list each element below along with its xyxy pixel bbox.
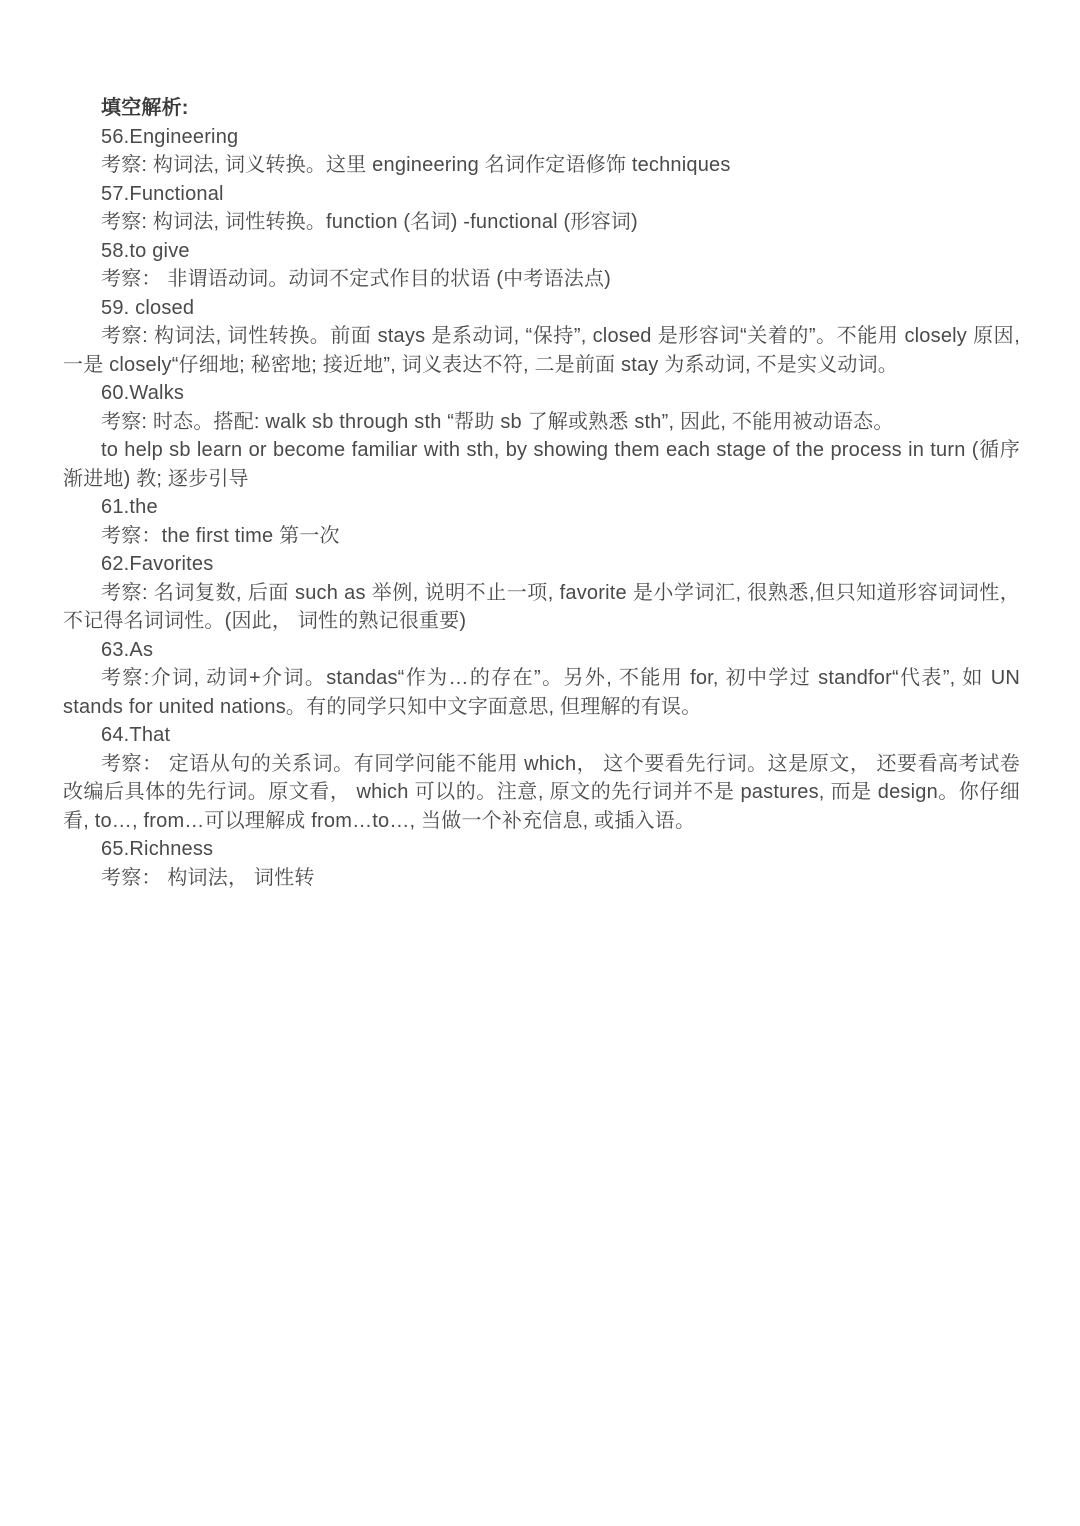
answer-line-57: 57.Functional — [63, 180, 1020, 209]
analysis-62: 考察: 名词复数, 后面 such as 举例, 说明不止一项, favorit… — [63, 579, 1020, 636]
document-content: 填空解析: 56.Engineering 考察: 构词法, 词义转换。这里 en… — [63, 94, 1020, 892]
analysis-58: 考察： 非谓语动词。动词不定式作目的状语 (中考语法点) — [63, 265, 1020, 294]
answer-line-63: 63.As — [63, 636, 1020, 665]
answer-line-56: 56.Engineering — [63, 123, 1020, 152]
answer-line-62: 62.Favorites — [63, 550, 1020, 579]
answer-line-59: 59. closed — [63, 294, 1020, 323]
answer-line-61: 61.the — [63, 493, 1020, 522]
analysis-65: 考察： 构词法， 词性转 — [63, 864, 1020, 893]
analysis-59: 考察: 构词法, 词性转换。前面 stays 是系动词, “保持”, close… — [63, 322, 1020, 379]
analysis-63: 考察:介词, 动词+介词。standas“作为…的存在”。另外, 不能用 for… — [63, 664, 1020, 721]
analysis-61: 考察：the first time 第一次 — [63, 522, 1020, 551]
analysis-57: 考察: 构词法, 词性转换。function (名词) -functional … — [63, 208, 1020, 237]
answer-line-60: 60.Walks — [63, 379, 1020, 408]
analysis-60-definition-note: to help sb learn or become familiar with… — [63, 436, 1020, 493]
analysis-64: 考察： 定语从句的关系词。有同学问能不能用 which， 这个要看先行词。这是原… — [63, 750, 1020, 836]
answer-line-65: 65.Richness — [63, 835, 1020, 864]
answer-line-58: 58.to give — [63, 237, 1020, 266]
analysis-56: 考察: 构词法, 词义转换。这里 engineering 名词作定语修饰 tec… — [63, 151, 1020, 180]
answer-line-64: 64.That — [63, 721, 1020, 750]
document-page: 填空解析: 56.Engineering 考察: 构词法, 词义转换。这里 en… — [0, 0, 1080, 1526]
analysis-60: 考察: 时态。搭配: walk sb through sth “帮助 sb 了解… — [63, 408, 1020, 437]
section-heading: 填空解析: — [63, 94, 1020, 123]
